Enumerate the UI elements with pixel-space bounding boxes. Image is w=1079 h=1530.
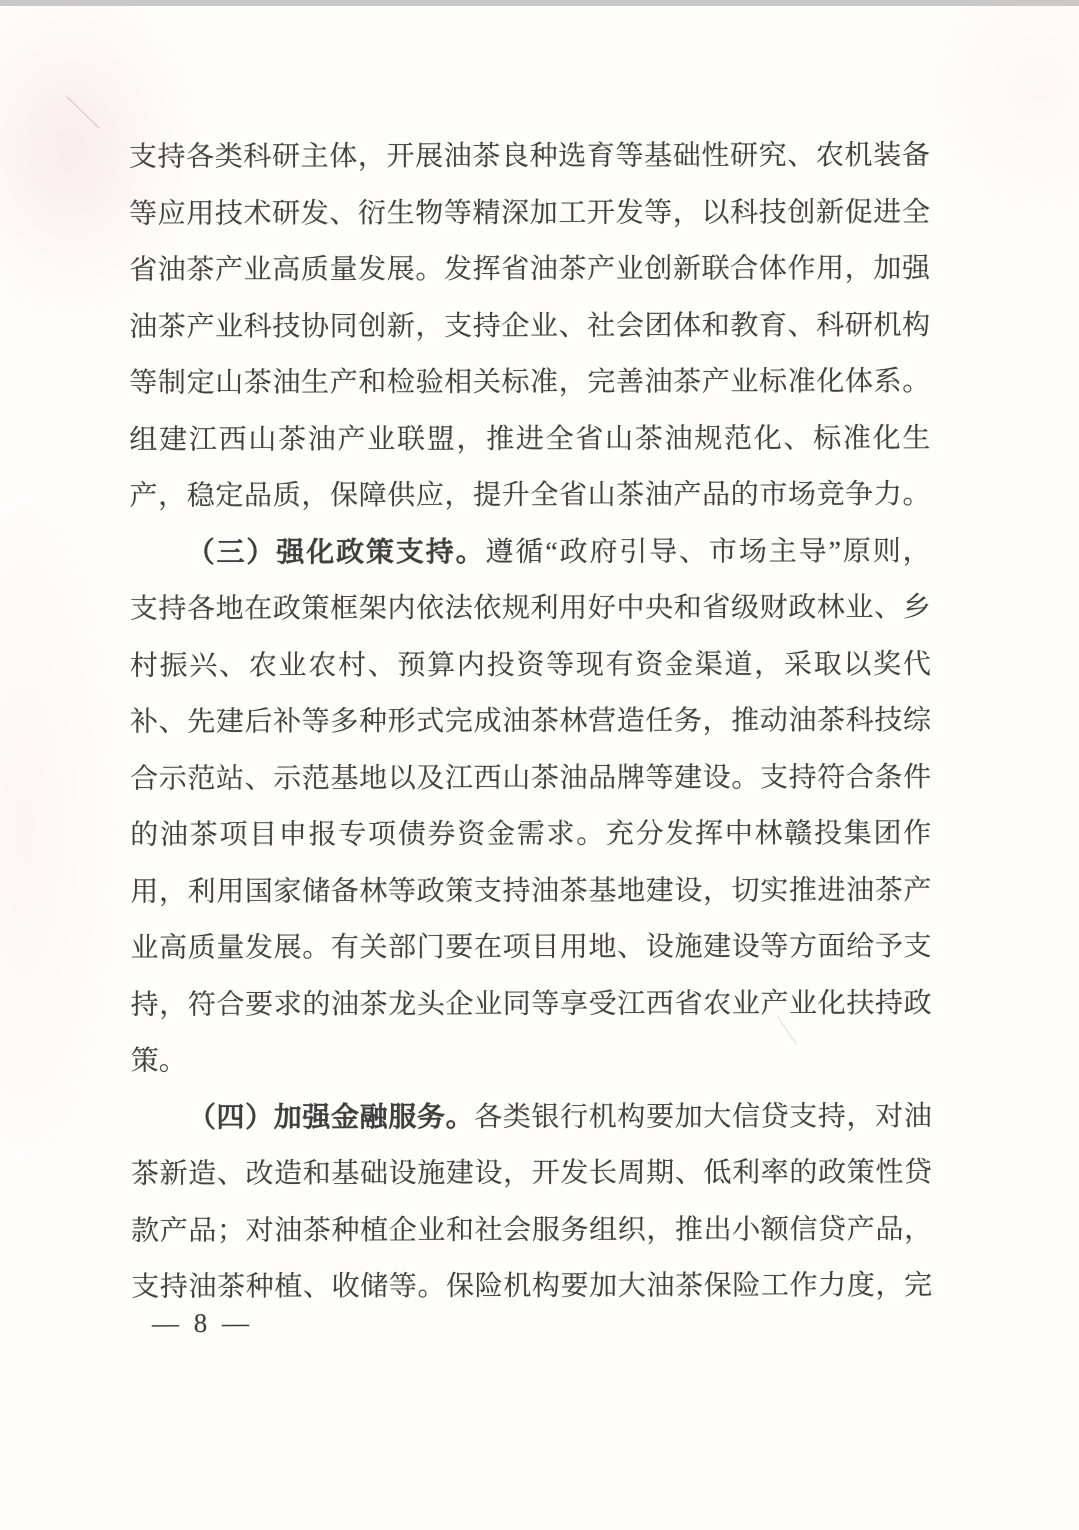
body-text-segment: 支持各类科研主体，开展油茶良种选育等基础性研究、农机装备 xyxy=(129,140,930,173)
text-line: 等应用技术研发、衍生物等精深加工开发等，以科技创新促进全 xyxy=(129,185,930,243)
body-text-segment: 茶新造、改造和基础设施建设，开发长周期、低利率的政策性贷 xyxy=(131,1157,932,1190)
text-line: 合示范站、示范基地以及江西山茶油品牌等建设。支持符合条件 xyxy=(130,750,931,808)
body-text-segment: 遵循“政府引导、市场主导”原则， xyxy=(485,536,930,568)
body-text-segment: 组建江西山茶油产业联盟，推进全省山茶油规范化、标准化生 xyxy=(129,423,930,456)
body-text-segment: 业高质量发展。有关部门要在项目用地、设施建设等方面给予支 xyxy=(130,931,931,964)
text-line: 组建江西山茶油产业联盟，推进全省山茶油规范化、标准化生 xyxy=(129,411,930,469)
text-line: 支持各地在政策框架内依法依规利用好中央和省级财政林业、乡 xyxy=(130,580,931,638)
body-text-segment: 省油茶产业高质量发展。发挥省油茶产业创新联合体作用，加强 xyxy=(129,253,930,286)
capture-edge-strip xyxy=(0,0,1079,6)
text-line: 业高质量发展。有关部门要在项目用地、设施建设等方面给予支 xyxy=(130,919,931,977)
text-line: 策。 xyxy=(131,1032,932,1090)
text-line: 持，符合要求的油茶龙头企业同等享受江西省农业产业化扶持政 xyxy=(131,976,932,1034)
text-line: 款产品；对油茶种植企业和社会服务组织，推出小额信贷产品， xyxy=(131,1202,932,1260)
text-line: 用，利用国家储备林等政策支持油茶基地建设，切实推进油茶产 xyxy=(130,863,931,921)
body-text-segment: 合示范站、示范基地以及江西山茶油品牌等建设。支持符合条件 xyxy=(130,762,931,795)
body-text-segment: 村振兴、农业农村、预算内投资等现有资金渠道，采取以奖代 xyxy=(130,649,931,682)
body-text-segment: 的油茶项目申报专项债券资金需求。充分发挥中林赣投集团作 xyxy=(130,818,931,851)
body-text-segment: 等应用技术研发、衍生物等精深加工开发等，以科技创新促进全 xyxy=(129,197,930,230)
text-line: 支持各类科研主体，开展油茶良种选育等基础性研究、农机装备 xyxy=(129,128,930,186)
scan-tint xyxy=(0,480,120,1180)
text-line: 村振兴、农业农村、预算内投资等现有资金渠道，采取以奖代 xyxy=(130,637,931,695)
body-text-segment: 支持各地在政策框架内依法依规利用好中央和省级财政林业、乡 xyxy=(130,592,931,625)
body-text-segment: 用，利用国家储备林等政策支持油茶基地建设，切实推进油茶产 xyxy=(130,875,931,908)
text-line: 等制定山茶油生产和检验相关标准，完善油茶产业标准化体系。 xyxy=(129,354,930,412)
body-text-segment: 策。 xyxy=(131,1046,187,1077)
text-line: （四）加强金融服务。各类银行机构要加大信贷支持，对油 xyxy=(131,1089,932,1147)
document-text-block: 支持各类科研主体，开展油茶良种选育等基础性研究、农机装备等应用技术研发、衍生物等… xyxy=(129,128,932,1316)
body-text-segment: 补、先建后补等多种形式完成油茶林营造任务，推动油茶科技综 xyxy=(130,705,931,738)
body-text-segment: 各类银行机构要加大信贷支持，对油 xyxy=(474,1101,932,1133)
text-line: 补、先建后补等多种形式完成油茶林营造任务，推动油茶科技综 xyxy=(130,693,931,751)
text-line: （三）强化政策支持。遵循“政府引导、市场主导”原则， xyxy=(130,524,931,582)
scanned-document-page: 支持各类科研主体，开展油茶良种选育等基础性研究、农机装备等应用技术研发、衍生物等… xyxy=(0,0,1079,1530)
body-text-segment: 支持油茶种植、收储等。保险机构要加大油茶保险工作力度，完 xyxy=(131,1270,932,1303)
body-text-segment: 持，符合要求的油茶龙头企业同等享受江西省农业产业化扶持政 xyxy=(131,988,932,1021)
scan-artifact xyxy=(66,96,100,129)
body-text-segment: 油茶产业科技协同创新，支持企业、社会团体和教育、科研机构 xyxy=(129,310,930,343)
heading-segment: （四）加强金融服务。 xyxy=(188,1102,474,1134)
text-line: 的油茶项目申报专项债券资金需求。充分发挥中林赣投集团作 xyxy=(130,806,931,864)
page-number: — 8 — xyxy=(152,1308,253,1340)
heading-segment: （三）强化政策支持。 xyxy=(187,537,486,569)
scan-tint xyxy=(930,0,1079,220)
body-text-segment: 款产品；对油茶种植企业和社会服务组织，推出小额信贷产品， xyxy=(131,1214,932,1247)
text-line: 省油茶产业高质量发展。发挥省油茶产业创新联合体作用，加强 xyxy=(129,241,930,299)
text-line: 油茶产业科技协同创新，支持企业、社会团体和教育、科研机构 xyxy=(129,298,930,356)
body-text-segment: 等制定山茶油生产和检验相关标准，完善油茶产业标准化体系。 xyxy=(129,366,930,399)
text-line: 产，稳定品质，保障供应，提升全省山茶油产品的市场竞争力。 xyxy=(129,467,930,525)
body-text-segment: 产，稳定品质，保障供应，提升全省山茶油产品的市场竞争力。 xyxy=(129,479,930,512)
text-line: 茶新造、改造和基础设施建设，开发长周期、低利率的政策性贷 xyxy=(131,1145,932,1203)
